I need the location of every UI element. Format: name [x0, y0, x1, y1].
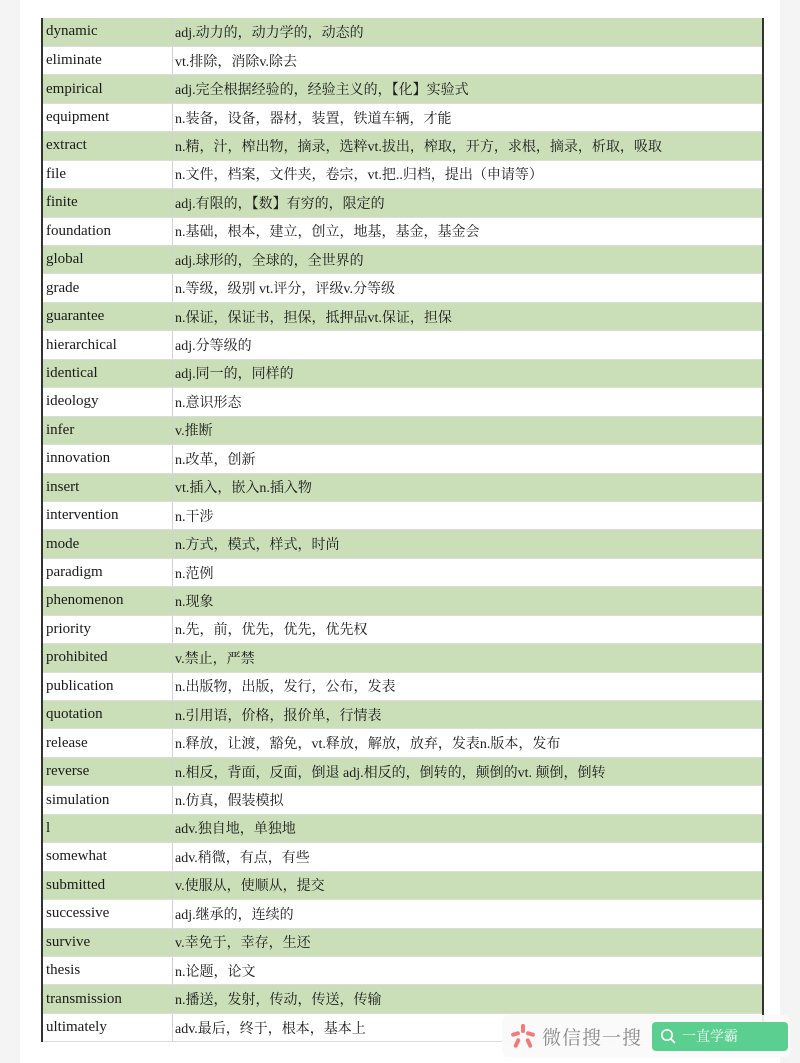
word-cell: quotation [42, 701, 173, 729]
table-row: paradigm n.范例 [42, 558, 763, 586]
wechat-search-label: 微信搜一搜 [542, 1023, 642, 1050]
meaning-cell: n.改革，创新 [173, 445, 764, 473]
word-cell: insert [42, 473, 173, 501]
table-row: publication n.出版物，出版，发行，公布，发表 [42, 672, 763, 700]
word-cell: simulation [42, 786, 173, 814]
search-icon [660, 1028, 676, 1044]
word-cell: infer [42, 416, 173, 444]
table-row: file n.文件，档案，文件夹，卷宗，vt.把..归档，提出（申请等） [42, 160, 763, 188]
table-row: eliminate vt.排除，消除v.除去 [42, 46, 763, 74]
document-page: dynamic adj.动力的，动力学的，动态的 eliminate vt.排除… [20, 0, 780, 1063]
word-cell: transmission [42, 985, 173, 1013]
table-row: extract n.精，汁，榨出物，摘录，选粹vt.拔出，榨取，开方，求根，摘录… [42, 132, 763, 160]
meaning-cell: n.播送，发射，传动，传送，传输 [173, 985, 764, 1013]
word-cell: priority [42, 615, 173, 643]
table-row: release n.释放，让渡，豁免，vt.释放，解放，放弃，发表n.版本，发布 [42, 729, 763, 757]
word-cell: extract [42, 132, 173, 160]
meaning-cell: n.引用语，价格，报价单，行情表 [173, 701, 764, 729]
meaning-cell: v.幸免于，幸存，生还 [173, 928, 764, 956]
meaning-cell: n.出版物，出版，发行，公布，发表 [173, 672, 764, 700]
word-cell: publication [42, 672, 173, 700]
meaning-cell: n.保证，保证书，担保，抵押品vt.保证，担保 [173, 302, 764, 330]
table-row: reverse n.相反，背面，反面，倒退 adj.相反的，倒转的，颠倒的vt.… [42, 757, 763, 785]
word-cell: somewhat [42, 843, 173, 871]
meaning-cell: n.文件，档案，文件夹，卷宗，vt.把..归档，提出（申请等） [173, 160, 764, 188]
table-row: guarantee n.保证，保证书，担保，抵押品vt.保证，担保 [42, 302, 763, 330]
word-cell: mode [42, 530, 173, 558]
word-cell: foundation [42, 217, 173, 245]
meaning-cell: n.范例 [173, 558, 764, 586]
meaning-cell: n.等级，级别 vt.评分，评级v.分等级 [173, 274, 764, 302]
word-cell: phenomenon [42, 587, 173, 615]
word-cell: intervention [42, 501, 173, 529]
table-row: grade n.等级，级别 vt.评分，评级v.分等级 [42, 274, 763, 302]
meaning-cell: adj.有限的，【数】有穷的，限定的 [173, 189, 764, 217]
meaning-cell: adv.稍微，有点，有些 [173, 843, 764, 871]
word-cell: reverse [42, 757, 173, 785]
vocabulary-table-body: dynamic adj.动力的，动力学的，动态的 eliminate vt.排除… [42, 18, 763, 1042]
word-cell: survive [42, 928, 173, 956]
table-row: intervention n.干涉 [42, 501, 763, 529]
meaning-cell: v.禁止，严禁 [173, 644, 764, 672]
table-row: phenomenon n.现象 [42, 587, 763, 615]
meaning-cell: vt.排除，消除v.除去 [173, 46, 764, 74]
meaning-cell: n.干涉 [173, 501, 764, 529]
meaning-cell: adj.球形的，全球的，全世界的 [173, 246, 764, 274]
meaning-cell: n.论题，论文 [173, 956, 764, 984]
meaning-cell: v.使服从，使顺从，提交 [173, 871, 764, 899]
word-cell: global [42, 246, 173, 274]
search-pill-button[interactable]: 一直学霸 [652, 1022, 788, 1051]
table-row: prohibited v.禁止，严禁 [42, 644, 763, 672]
word-cell: ultimately [42, 1013, 173, 1041]
meaning-cell: adj.完全根据经验的，经验主义的，【化】实验式 [173, 75, 764, 103]
meaning-cell: adj.动力的，动力学的，动态的 [173, 18, 764, 46]
meaning-cell: n.现象 [173, 587, 764, 615]
meaning-cell: v.推断 [173, 416, 764, 444]
meaning-cell: n.基础，根本，建立，创立，地基，基金，基金会 [173, 217, 764, 245]
word-cell: prohibited [42, 644, 173, 672]
word-cell: finite [42, 189, 173, 217]
meaning-cell: adj.同一的，同样的 [173, 359, 764, 387]
table-row: ideology n.意识形态 [42, 388, 763, 416]
table-row: foundation n.基础，根本，建立，创立，地基，基金，基金会 [42, 217, 763, 245]
word-cell: thesis [42, 956, 173, 984]
meaning-cell: adj.继承的，连续的 [173, 900, 764, 928]
table-row: submitted v.使服从，使顺从，提交 [42, 871, 763, 899]
word-cell: eliminate [42, 46, 173, 74]
word-cell: release [42, 729, 173, 757]
table-row: empirical adj.完全根据经验的，经验主义的，【化】实验式 [42, 75, 763, 103]
word-cell: empirical [42, 75, 173, 103]
wechat-search-watermark[interactable]: 微信搜一搜 一直学霸 [502, 1015, 790, 1057]
meaning-cell: n.先，前，优先，优先，优先权 [173, 615, 764, 643]
meaning-cell: n.意识形态 [173, 388, 764, 416]
word-cell: dynamic [42, 18, 173, 46]
wechat-search-logo-icon [510, 1023, 536, 1049]
word-cell: innovation [42, 445, 173, 473]
meaning-cell: adv.独自地，单独地 [173, 814, 764, 842]
meaning-cell: n.相反，背面，反面，倒退 adj.相反的，倒转的，颠倒的vt. 颠倒，倒转 [173, 757, 764, 785]
table-row: simulation n.仿真，假装模拟 [42, 786, 763, 814]
meaning-cell: n.仿真，假装模拟 [173, 786, 764, 814]
meaning-cell: n.释放，让渡，豁免，vt.释放，解放，放弃，发表n.版本，发布 [173, 729, 764, 757]
table-row: infer v.推断 [42, 416, 763, 444]
word-cell: grade [42, 274, 173, 302]
table-row: l adv.独自地，单独地 [42, 814, 763, 842]
vocabulary-table: dynamic adj.动力的，动力学的，动态的 eliminate vt.排除… [41, 18, 764, 1042]
word-cell: submitted [42, 871, 173, 899]
table-row: insert vt.插入，嵌入n.插入物 [42, 473, 763, 501]
table-row: quotation n.引用语，价格，报价单，行情表 [42, 701, 763, 729]
search-pill-text: 一直学霸 [682, 1026, 738, 1046]
table-row: dynamic adj.动力的，动力学的，动态的 [42, 18, 763, 46]
meaning-cell: adj.分等级的 [173, 331, 764, 359]
word-cell: ideology [42, 388, 173, 416]
table-row: identical adj.同一的，同样的 [42, 359, 763, 387]
table-row: somewhat adv.稍微，有点，有些 [42, 843, 763, 871]
table-row: transmission n.播送，发射，传动，传送，传输 [42, 985, 763, 1013]
word-cell: successive [42, 900, 173, 928]
word-cell: guarantee [42, 302, 173, 330]
table-row: global adj.球形的，全球的，全世界的 [42, 246, 763, 274]
table-row: finite adj.有限的，【数】有穷的，限定的 [42, 189, 763, 217]
table-row: equipment n.装备，设备，器材，装置，铁道车辆，才能 [42, 103, 763, 131]
word-cell: identical [42, 359, 173, 387]
table-row: thesis n.论题，论文 [42, 956, 763, 984]
table-row: hierarchical adj.分等级的 [42, 331, 763, 359]
meaning-cell: n.精，汁，榨出物，摘录，选粹vt.拔出，榨取，开方，求根，摘录，析取，吸取 [173, 132, 764, 160]
meaning-cell: vt.插入，嵌入n.插入物 [173, 473, 764, 501]
table-row: innovation n.改革，创新 [42, 445, 763, 473]
word-cell: file [42, 160, 173, 188]
table-row: priority n.先，前，优先，优先，优先权 [42, 615, 763, 643]
table-row: successive adj.继承的，连续的 [42, 900, 763, 928]
word-cell: hierarchical [42, 331, 173, 359]
word-cell: l [42, 814, 173, 842]
meaning-cell: n.装备，设备，器材，装置，铁道车辆，才能 [173, 103, 764, 131]
meaning-cell: n.方式，模式，样式，时尚 [173, 530, 764, 558]
table-row: mode n.方式，模式，样式，时尚 [42, 530, 763, 558]
table-row: survive v.幸免于，幸存，生还 [42, 928, 763, 956]
word-cell: paradigm [42, 558, 173, 586]
word-cell: equipment [42, 103, 173, 131]
